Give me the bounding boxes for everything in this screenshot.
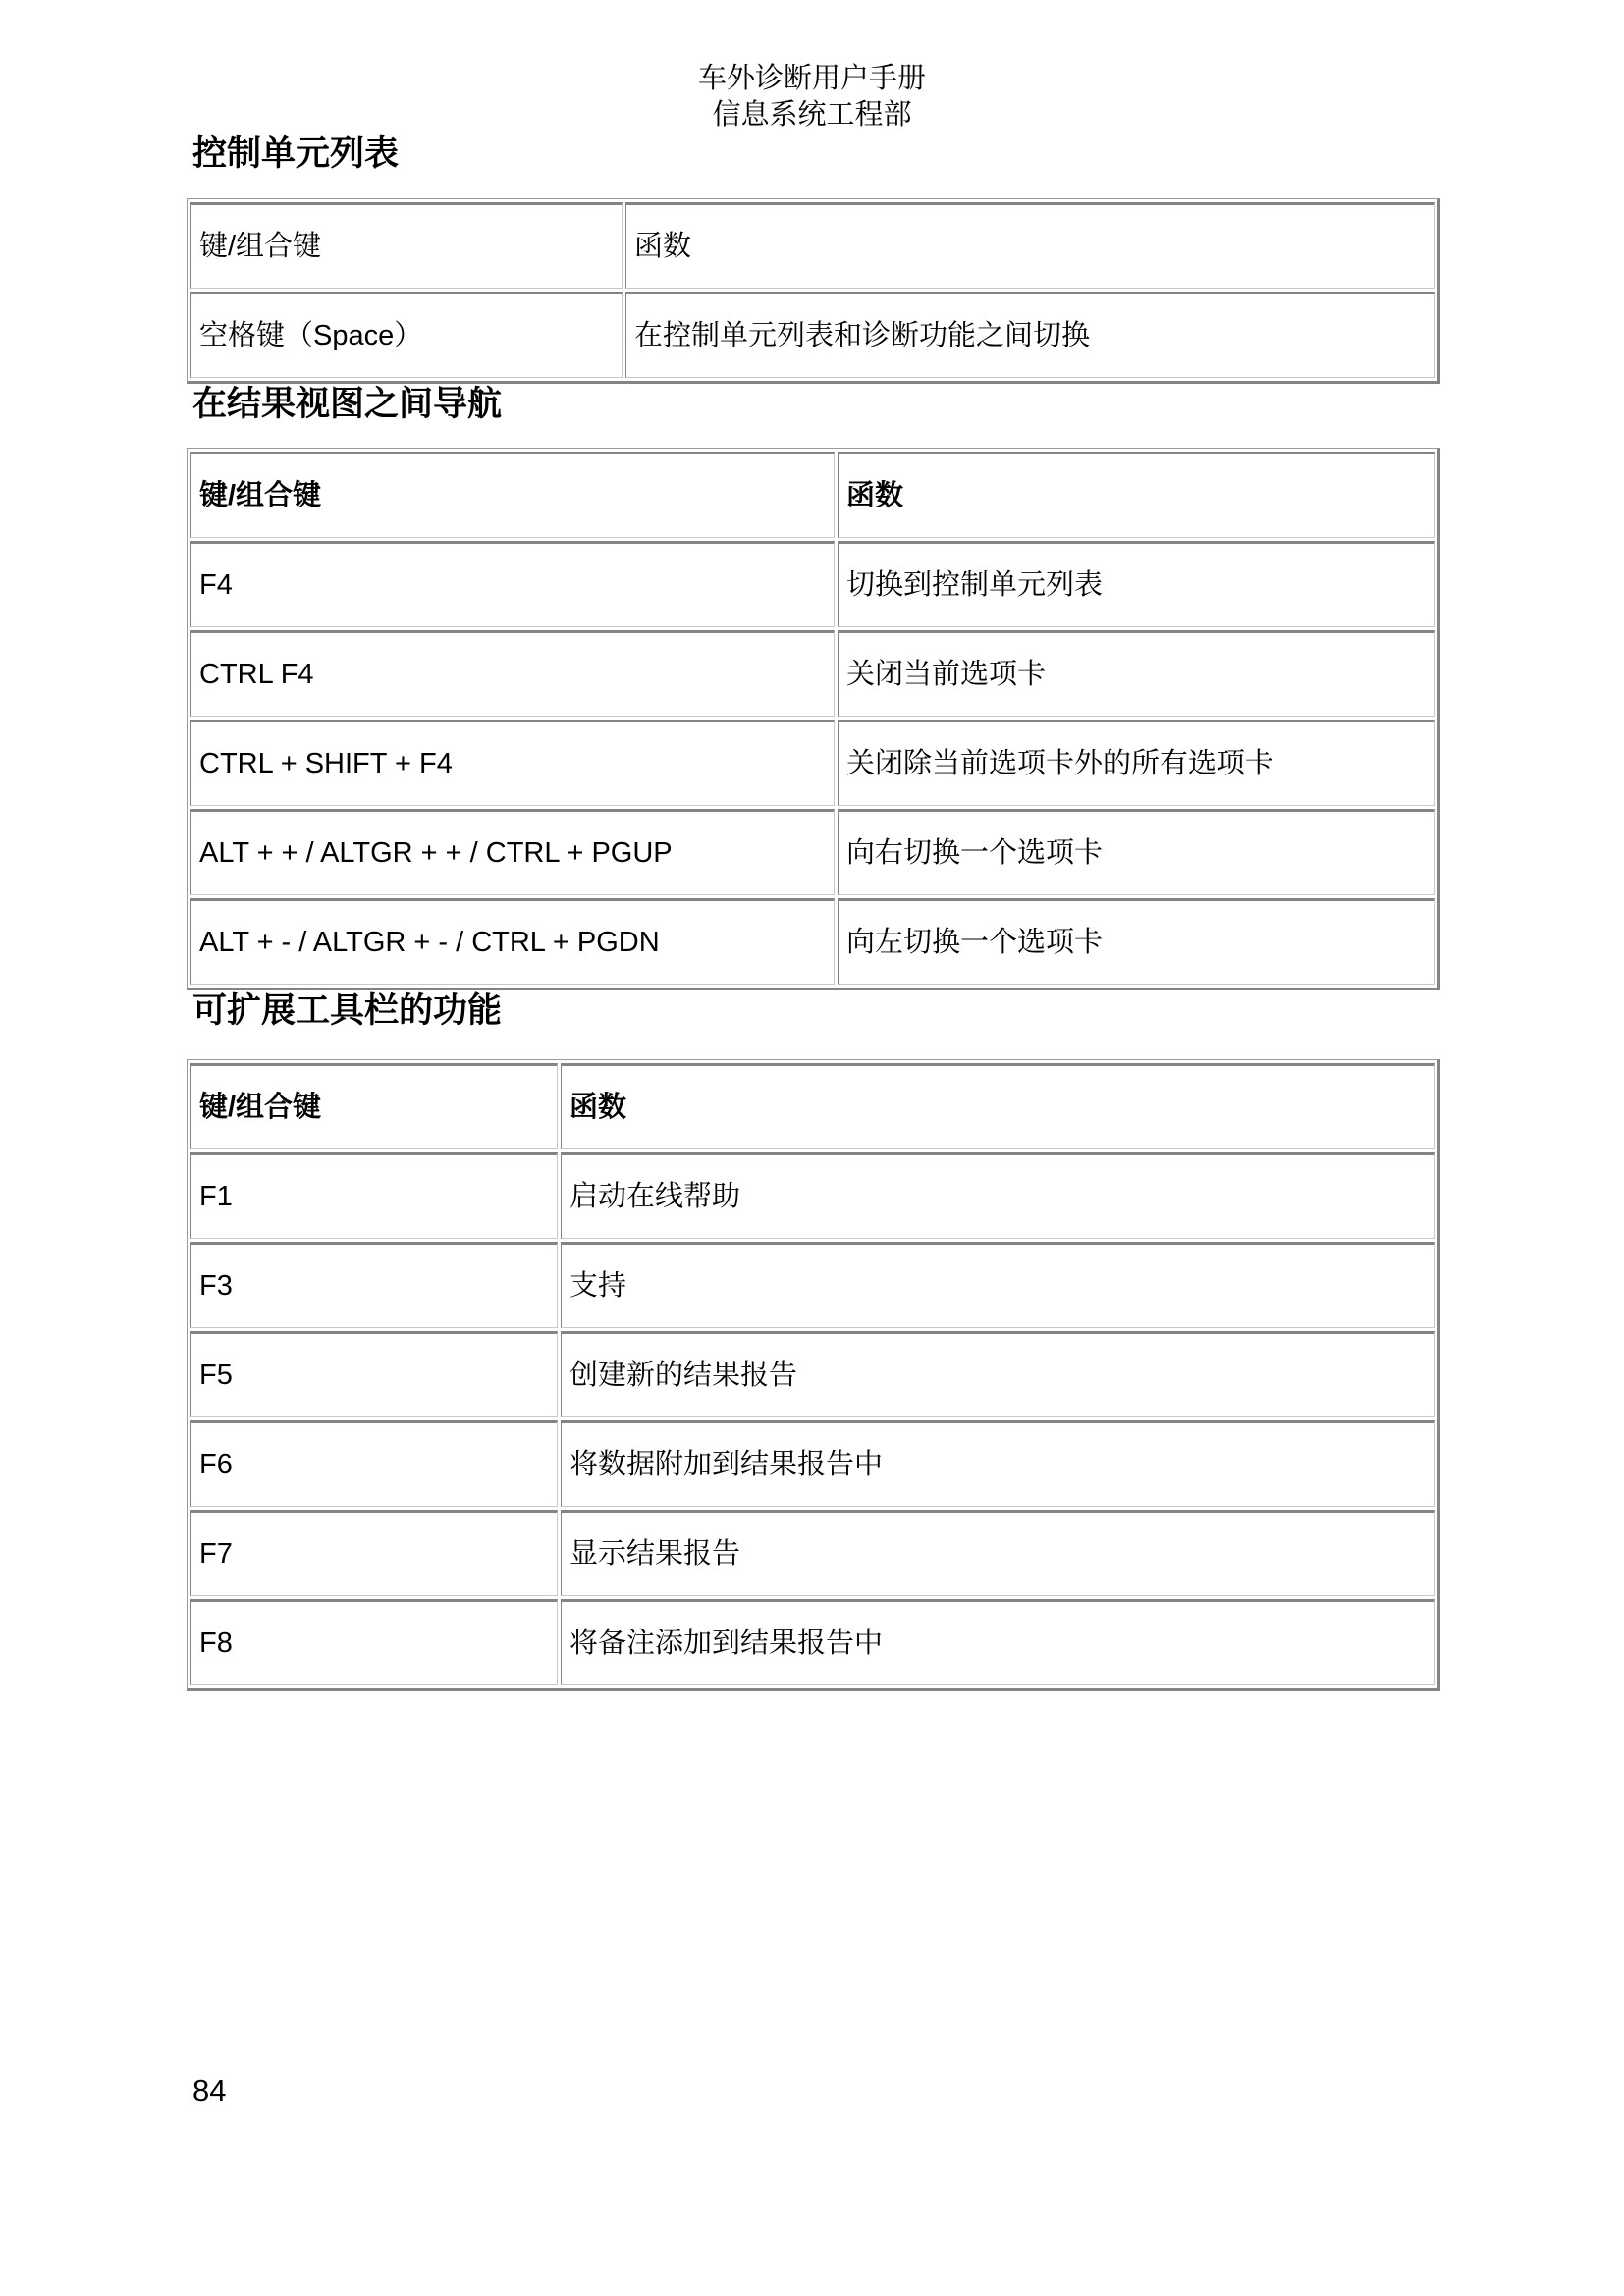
table-row: F8将备注添加到结果报告中 xyxy=(190,1599,1435,1685)
key-cell: F1 xyxy=(190,1152,558,1239)
function-cell: 在控制单元列表和诊断功能之间切换 xyxy=(625,292,1435,378)
function-cell: 关闭当前选项卡 xyxy=(838,630,1435,717)
function-cell: 切换到控制单元列表 xyxy=(838,541,1435,627)
table-row: F4切换到控制单元列表 xyxy=(190,541,1435,627)
column-header-cell: 函数 xyxy=(561,1063,1435,1149)
function-cell: 将数据附加到结果报告中 xyxy=(561,1420,1435,1507)
shortcut-table-navigate-result-views: 键/组合键函数F4切换到控制单元列表CTRL F4关闭当前选项卡CTRL + S… xyxy=(187,448,1440,990)
key-cell: ALT + - / ALTGR + - / CTRL + PGDN xyxy=(190,898,835,985)
column-header-cell: 键/组合键 xyxy=(190,452,835,538)
table-row: ALT + - / ALTGR + - / CTRL + PGDN向左切换一个选… xyxy=(190,898,1435,985)
key-cell: F3 xyxy=(190,1242,558,1328)
column-header-cell: 函数 xyxy=(625,202,1435,289)
table-row: F6将数据附加到结果报告中 xyxy=(190,1420,1435,1507)
table-header-row: 键/组合键函数 xyxy=(190,1063,1435,1149)
table-row: F5创建新的结果报告 xyxy=(190,1331,1435,1417)
shortcut-table-expandable-toolbar: 键/组合键函数F1启动在线帮助F3支持F5创建新的结果报告F6将数据附加到结果报… xyxy=(187,1059,1440,1691)
key-cell: F7 xyxy=(190,1510,558,1596)
table-row: ALT + + / ALTGR + + / CTRL + PGUP向右切换一个选… xyxy=(190,809,1435,895)
section-heading-expandable-toolbar: 可扩展工具栏的功能 xyxy=(187,990,1441,1032)
table-header-row: 键/组合键函数 xyxy=(190,452,1435,538)
function-cell: 向右切换一个选项卡 xyxy=(838,809,1435,895)
key-cell: ALT + + / ALTGR + + / CTRL + PGUP xyxy=(190,809,835,895)
column-header-cell: 键/组合键 xyxy=(190,1063,558,1149)
table-row: CTRL F4关闭当前选项卡 xyxy=(190,630,1435,717)
function-cell: 启动在线帮助 xyxy=(561,1152,1435,1239)
section-heading-navigate-result-views: 在结果视图之间导航 xyxy=(187,384,1441,425)
column-header-cell: 键/组合键 xyxy=(190,202,623,289)
function-cell: 显示结果报告 xyxy=(561,1510,1435,1596)
table-row: F1启动在线帮助 xyxy=(190,1152,1435,1239)
document-header: 车外诊断用户手册 信息系统工程部 xyxy=(0,0,1624,133)
document-title: 车外诊断用户手册 xyxy=(0,61,1624,97)
key-cell: F5 xyxy=(190,1331,558,1417)
table-row: F3支持 xyxy=(190,1242,1435,1328)
page-content: 控制单元列表 键/组合键函数空格键（Space）在控制单元列表和诊断功能之间切换… xyxy=(0,133,1624,1691)
column-header-cell: 函数 xyxy=(838,452,1435,538)
document-department: 信息系统工程部 xyxy=(0,97,1624,133)
table-row: CTRL + SHIFT + F4关闭除当前选项卡外的所有选项卡 xyxy=(190,720,1435,806)
function-cell: 关闭除当前选项卡外的所有选项卡 xyxy=(838,720,1435,806)
key-cell: CTRL F4 xyxy=(190,630,835,717)
function-cell: 向左切换一个选项卡 xyxy=(838,898,1435,985)
key-cell: F4 xyxy=(190,541,835,627)
manual-page: 车外诊断用户手册 信息系统工程部 控制单元列表 键/组合键函数空格键（Space… xyxy=(0,0,1624,2296)
key-cell: 空格键（Space） xyxy=(190,292,623,378)
key-cell: CTRL + SHIFT + F4 xyxy=(190,720,835,806)
key-cell: F6 xyxy=(190,1420,558,1507)
page-number: 84 xyxy=(192,2073,226,2109)
function-cell: 将备注添加到结果报告中 xyxy=(561,1599,1435,1685)
table-row: F7显示结果报告 xyxy=(190,1510,1435,1596)
function-cell: 创建新的结果报告 xyxy=(561,1331,1435,1417)
table-header-row: 键/组合键函数 xyxy=(190,202,1435,289)
key-cell: F8 xyxy=(190,1599,558,1685)
shortcut-table-control-unit-list: 键/组合键函数空格键（Space）在控制单元列表和诊断功能之间切换 xyxy=(187,198,1440,384)
section-heading-control-unit-list: 控制单元列表 xyxy=(187,133,1441,175)
table-row: 空格键（Space）在控制单元列表和诊断功能之间切换 xyxy=(190,292,1435,378)
function-cell: 支持 xyxy=(561,1242,1435,1328)
